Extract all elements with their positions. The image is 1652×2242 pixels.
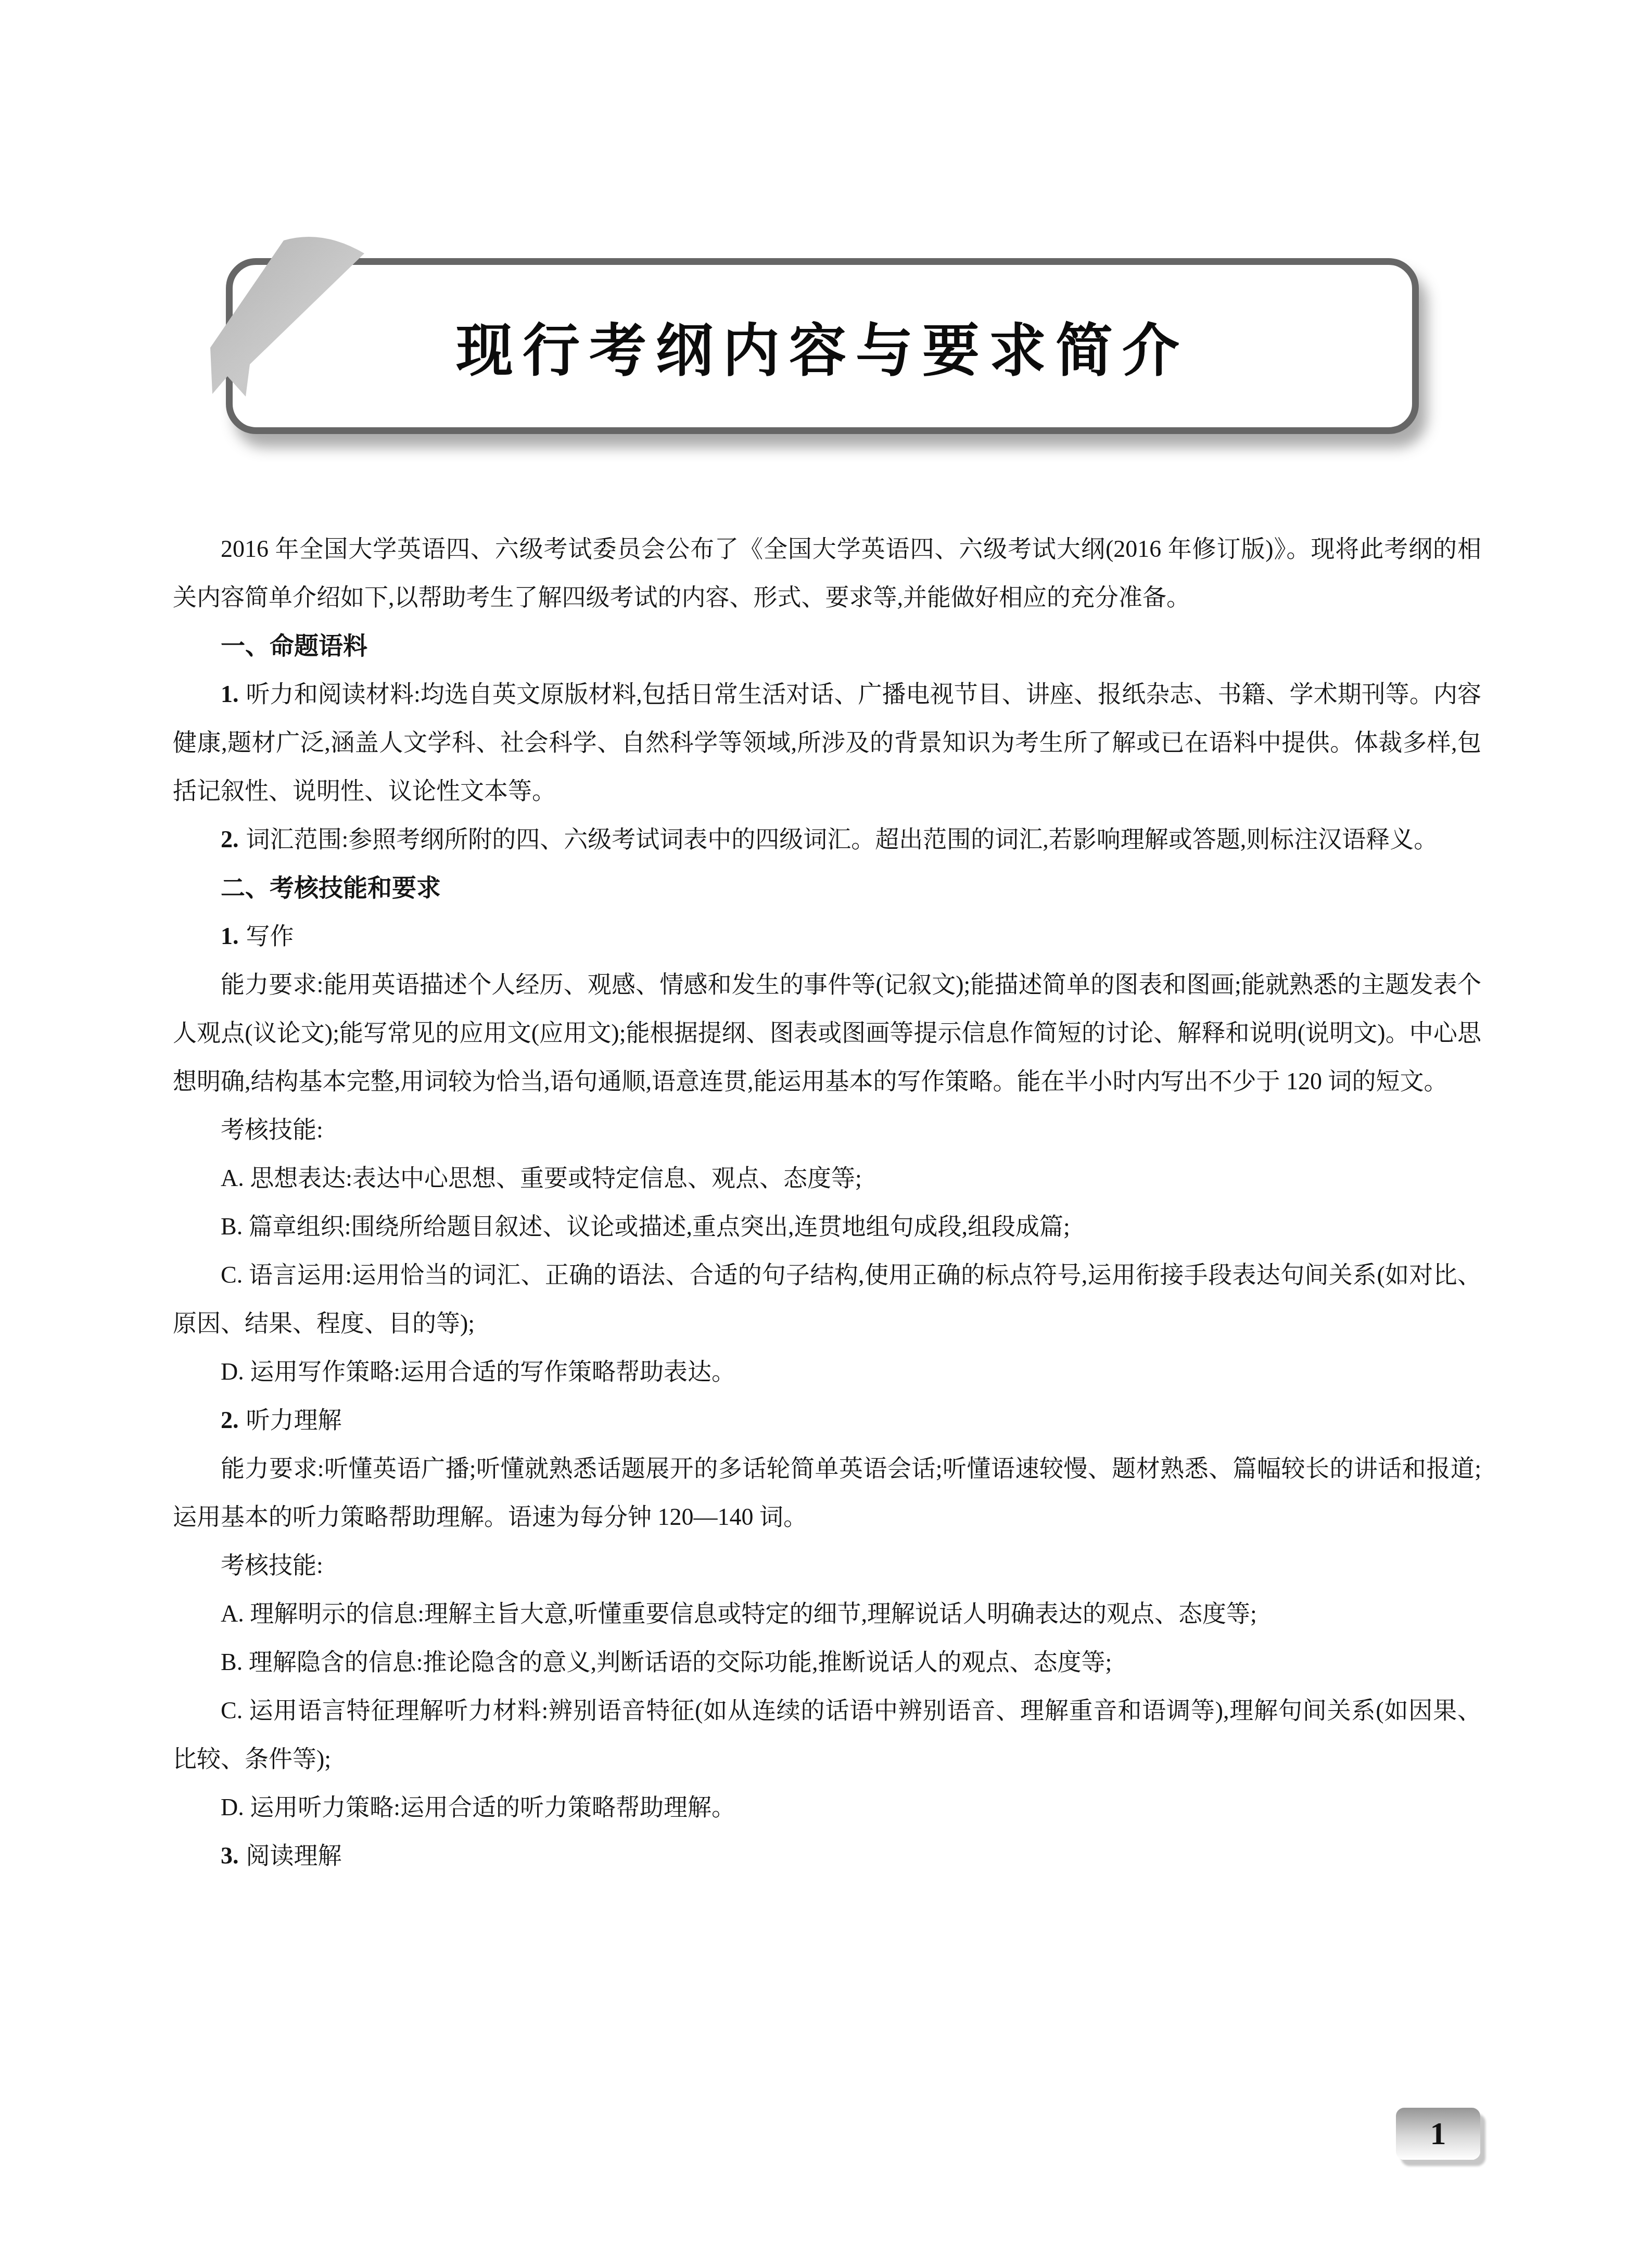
item-number: 3. — [221, 1842, 239, 1869]
paragraph-text: 2016 年全国大学英语四、六级考试委员会公布了《全国大学英语四、六级考试大纲(… — [173, 536, 1481, 610]
list-item-text: C. 语言运用:运用恰当的词汇、正确的语法、合适的句子结构,使用正确的标点符号,… — [173, 1262, 1481, 1336]
paragraph: 2.词汇范围:参照考纲所附的四、六级考试词表中的四级词汇。超出范围的词汇,若影响… — [173, 815, 1481, 863]
page-title: 现行考纲内容与要求简介 — [456, 305, 1189, 387]
title-banner: 现行考纲内容与要求简介 — [226, 258, 1419, 434]
list-item: B. 理解隐含的信息:推论隐含的意义,判断话语的交际功能,推断说话人的观点、态度… — [173, 1638, 1481, 1686]
list-item: A. 思想表达:表达中心思想、重要或特定信息、观点、态度等; — [173, 1154, 1481, 1202]
paragraph-text: 写作 — [246, 923, 294, 949]
paragraph: 3.阅读理解 — [173, 1831, 1481, 1880]
paragraph: 1.听力和阅读材料:均选自英文原版材料,包括日常生活对话、广播电视节目、讲座、报… — [173, 670, 1481, 815]
list-item-text: A. 思想表达:表达中心思想、重要或特定信息、观点、态度等; — [221, 1165, 862, 1191]
corner-ribbon-icon — [203, 224, 375, 411]
paragraph: 能力要求:听懂英语广播;听懂就熟悉话题展开的多话轮简单英语会话;听懂语速较慢、题… — [173, 1444, 1481, 1541]
list-item-text: B. 篇章组织:围绕所给题目叙述、议论或描述,重点突出,连贯地组句成段,组段成篇… — [221, 1213, 1070, 1240]
document-body: 2016 年全国大学英语四、六级考试委员会公布了《全国大学英语四、六级考试大纲(… — [173, 525, 1481, 1880]
item-number: 1. — [221, 923, 239, 949]
page-number-badge: 1 — [1396, 2108, 1480, 2160]
list-item-text: A. 理解明示的信息:理解主旨大意,听懂重要信息或特定的细节,理解说话人明确表达… — [221, 1600, 1257, 1627]
list-item-text: B. 理解隐含的信息:推论隐含的意义,判断话语的交际功能,推断说话人的观点、态度… — [221, 1649, 1112, 1675]
list-item: D. 运用写作策略:运用合适的写作策略帮助表达。 — [173, 1347, 1481, 1396]
list-item-text: D. 运用写作策略:运用合适的写作策略帮助表达。 — [221, 1358, 735, 1385]
item-number: 2. — [221, 826, 239, 852]
paragraph-text: 考核技能: — [221, 1116, 323, 1143]
paragraph: 1.写作 — [173, 912, 1481, 960]
section-heading: 一、命题语料 — [173, 621, 1481, 670]
paragraph-text: 听力和阅读材料:均选自英文原版材料,包括日常生活对话、广播电视节目、讲座、报纸杂… — [173, 681, 1481, 804]
list-item-text: C. 运用语言特征理解听力材料:辨别语音特征(如从连续的话语中辨别语音、理解重音… — [173, 1697, 1481, 1772]
paragraph: 2.听力理解 — [173, 1396, 1481, 1444]
paragraph: 考核技能: — [173, 1105, 1481, 1154]
paragraph-text: 考核技能: — [221, 1552, 323, 1578]
paragraph: 2016 年全国大学英语四、六级考试委员会公布了《全国大学英语四、六级考试大纲(… — [173, 525, 1481, 621]
item-number: 1. — [221, 681, 239, 707]
paragraph: 考核技能: — [173, 1541, 1481, 1589]
list-item: C. 运用语言特征理解听力材料:辨别语音特征(如从连续的话语中辨别语音、理解重音… — [173, 1686, 1481, 1783]
item-number: 2. — [221, 1407, 239, 1433]
paragraph-text: 能力要求:听懂英语广播;听懂就熟悉话题展开的多话轮简单英语会话;听懂语速较慢、题… — [173, 1455, 1481, 1530]
list-item: C. 语言运用:运用恰当的词汇、正确的语法、合适的句子结构,使用正确的标点符号,… — [173, 1251, 1481, 1347]
list-item: B. 篇章组织:围绕所给题目叙述、议论或描述,重点突出,连贯地组句成段,组段成篇… — [173, 1202, 1481, 1251]
list-item: D. 运用听力策略:运用合适的听力策略帮助理解。 — [173, 1783, 1481, 1831]
paragraph-text: 阅读理解 — [246, 1842, 342, 1869]
title-banner-frame: 现行考纲内容与要求简介 — [226, 258, 1419, 434]
paragraph-text: 能力要求:能用英语描述个人经历、观感、情感和发生的事件等(记叙文);能描述简单的… — [173, 971, 1481, 1094]
paragraph: 能力要求:能用英语描述个人经历、观感、情感和发生的事件等(记叙文);能描述简单的… — [173, 960, 1481, 1105]
document-page: 现行考纲内容与要求简介 2016 年全国大学英语四、六级考试委员会公布了《全国大… — [0, 0, 1652, 2242]
section-heading: 二、考核技能和要求 — [173, 863, 1481, 912]
list-item-text: D. 运用听力策略:运用合适的听力策略帮助理解。 — [221, 1794, 735, 1820]
heading-text: 一、命题语料 — [221, 632, 367, 659]
paragraph-text: 听力理解 — [246, 1407, 342, 1433]
list-item: A. 理解明示的信息:理解主旨大意,听懂重要信息或特定的细节,理解说话人明确表达… — [173, 1589, 1481, 1638]
heading-text: 二、考核技能和要求 — [221, 874, 441, 901]
page-number: 1 — [1430, 2116, 1446, 2152]
paragraph-text: 词汇范围:参照考纲所附的四、六级考试词表中的四级词汇。超出范围的词汇,若影响理解… — [246, 826, 1438, 852]
